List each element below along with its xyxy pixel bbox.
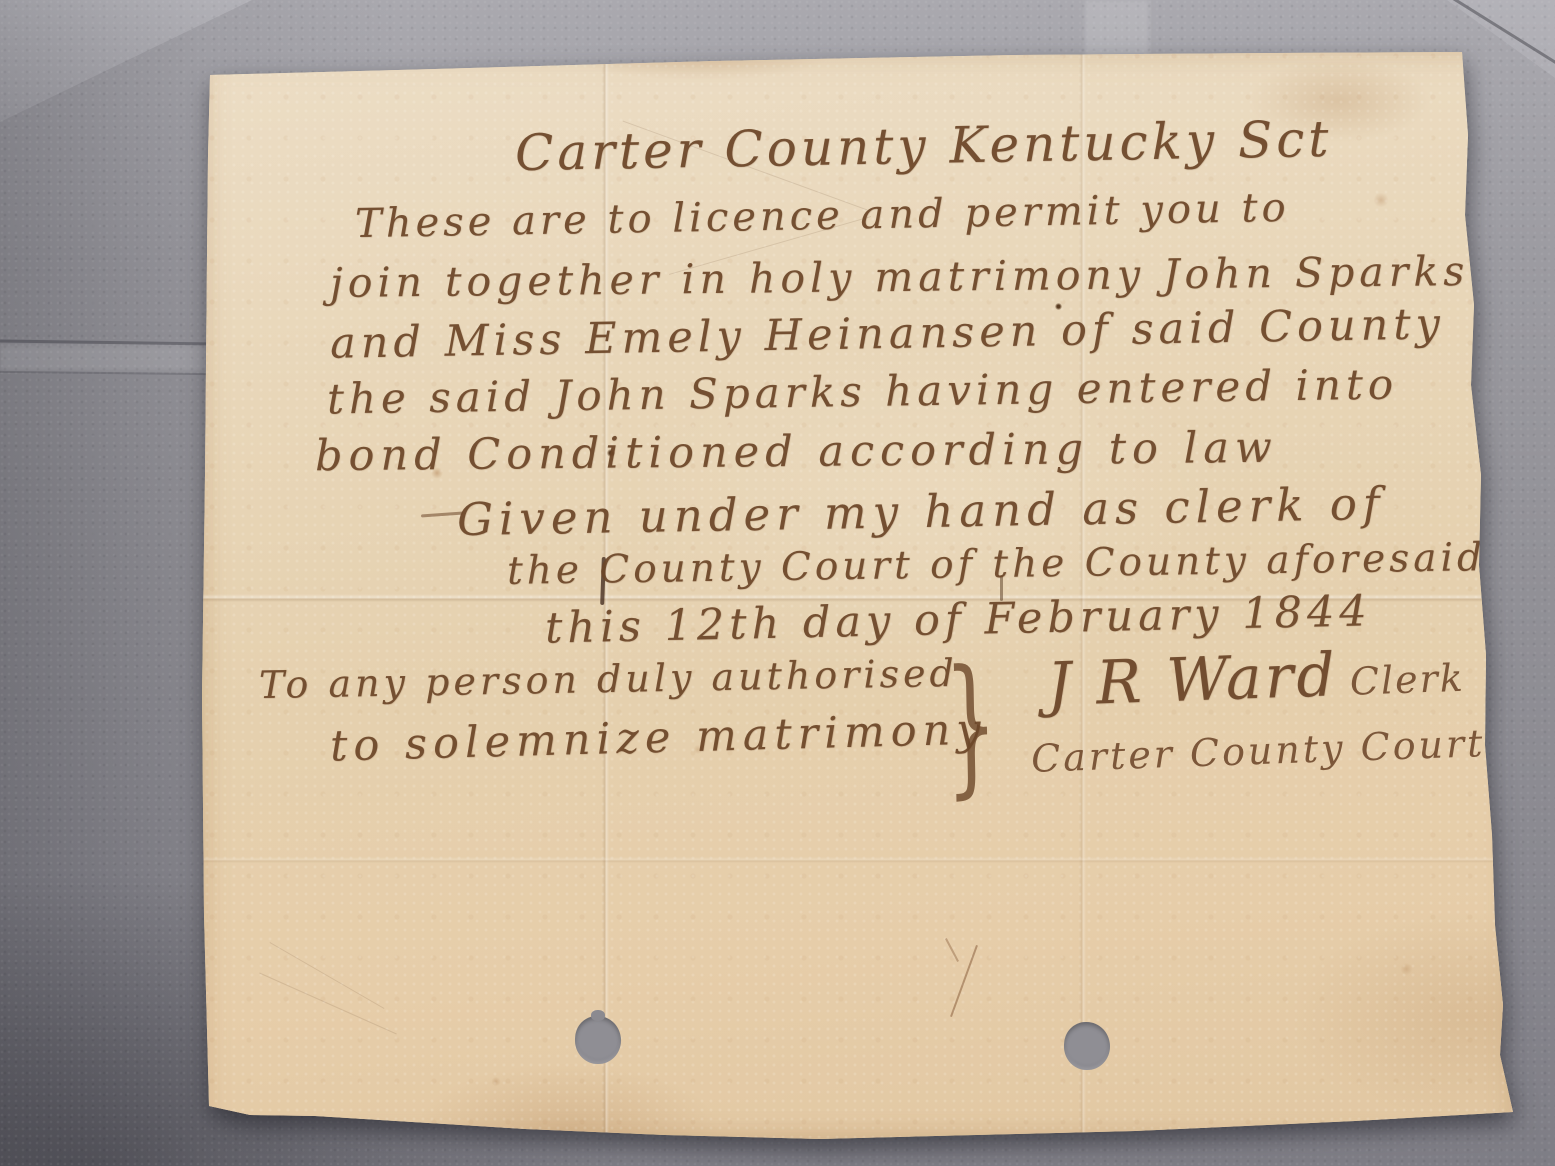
address-line-1: To any person duly authorised <box>259 651 958 707</box>
doc-line-2: join together in holy matrimony John Spa… <box>330 247 1470 307</box>
stain-spot <box>1400 963 1413 975</box>
punch-hole-left <box>575 1016 621 1064</box>
document-paper-sheet: Carter County Kentucky Sct These are to … <box>195 45 1525 1150</box>
document-paper-wrapper: Carter County Kentucky Sct These are to … <box>195 45 1525 1150</box>
signature-office: Carter County Court <box>1030 721 1486 781</box>
punch-hole-right <box>1064 1022 1110 1070</box>
crack-branch-near-right-hole <box>945 938 959 962</box>
fold-crease-horizontal-lower <box>195 857 1525 863</box>
doc-line-6: Given under my hand as clerk of <box>457 477 1386 546</box>
signature-row: J R Ward Clerk <box>1046 636 1466 721</box>
photograph-of-marriage-license: Carter County Kentucky Sct These are to … <box>0 0 1555 1166</box>
stain-spot <box>491 1077 501 1086</box>
surface-seam-highlight <box>0 345 210 371</box>
scratch-mark <box>270 942 385 1009</box>
doc-heading: Carter County Kentucky Sct <box>515 110 1333 182</box>
address-line-2: to solemnize matrimony <box>329 704 987 771</box>
doc-line-5: bond Conditioned according to law <box>315 423 1278 481</box>
signature-title: Clerk <box>1349 656 1465 704</box>
doc-line-3: and Miss Emely Heinansen of said County <box>330 299 1446 368</box>
handwritten-brace: } <box>943 634 999 817</box>
doc-line-1: These are to licence and permit you to <box>355 185 1290 247</box>
signature-name: J R Ward <box>1046 640 1339 720</box>
doc-line-4: the said John Sparks having entered into <box>327 360 1399 424</box>
doc-line-7: the County Court of the County aforesaid <box>507 535 1486 594</box>
stain-spot <box>1373 193 1389 207</box>
